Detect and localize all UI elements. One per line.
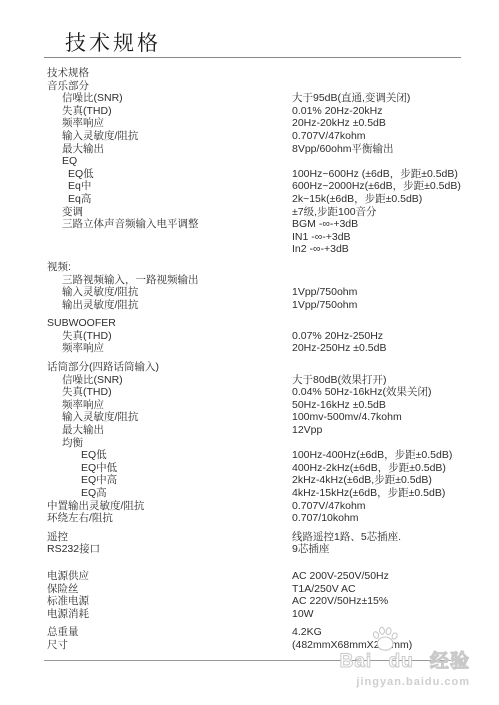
baidu-logo: Bai du 经验: [330, 646, 470, 673]
spec-value: 0.01% 20Hz-20kHz: [292, 105, 382, 118]
spec-label: 视频:: [47, 261, 71, 274]
spec-value: 0.707V/47kohm: [292, 130, 366, 143]
spec-label: Eq中: [47, 180, 91, 193]
spec-row: EQ低100Hz-400Hz(±6dB，步距±0.5dB): [47, 449, 482, 462]
spec-value: 8Vpp/60ohm平衡输出: [292, 143, 394, 156]
spec-row: 总重量4.2KG: [47, 626, 482, 639]
spec-label: 输入灵敏度/阻抗: [47, 286, 138, 299]
spec-row: 中置输出灵敏度/阻抗0.707V/47kohm: [47, 500, 482, 513]
spec-row: 频率响应20Hz-20kHz ±0.5dB: [47, 117, 482, 130]
spec-row: 三路立体声音频输入电平调整BGM -∞-+3dB: [47, 218, 482, 231]
spec-value: 400Hz-2kHz(±6dB，步距±0.5dB): [292, 462, 446, 475]
spec-row: EQ中低400Hz-2kHz(±6dB，步距±0.5dB): [47, 462, 482, 475]
spec-row: EQ高4kHz-15kHz(±6dB，步距±0.5dB): [47, 487, 482, 500]
spec-value: 2kHz-4kHz(±6dB,步距±0.5dB): [292, 474, 432, 487]
spec-row: SUBWOOFER: [47, 317, 482, 330]
spec-row: 输入灵敏度/阻抗0.707V/47kohm: [47, 130, 482, 143]
spec-row: 输入灵敏度/阻抗1Vpp/750ohm: [47, 286, 482, 299]
spec-row: 话筒部分(四路话筒输入): [47, 361, 482, 374]
spec-label: 失真(THD): [47, 105, 112, 118]
spec-row: 频率响应50Hz-16kHz ±0.5dB: [47, 399, 482, 412]
spec-label: 信噪比(SNR): [47, 374, 123, 387]
spec-label: 尺寸: [47, 639, 68, 652]
spec-label: 三路视频输入，一路视频输出: [47, 274, 199, 287]
spec-label: 电源消耗: [47, 608, 89, 621]
spec-label: EQ中低: [47, 462, 117, 475]
spec-value: 0.07% 20Hz-250Hz: [292, 330, 383, 343]
spec-value: 100Hz-400Hz(±6dB，步距±0.5dB): [292, 449, 452, 462]
baidu-logo-du: du: [388, 651, 413, 672]
spec-value: 0.707/10kohm: [292, 512, 359, 525]
spec-document-page: 技术规格 技术规格音乐部分信噪比(SNR)大于95dB(直通,变调关闭)失真(T…: [0, 0, 499, 705]
spec-value: 4.2KG: [292, 626, 322, 639]
spec-label: 技术规格: [47, 67, 89, 80]
spec-value: 大于95dB(直通,变调关闭): [292, 92, 410, 105]
spec-row: 失真(THD)0.07% 20Hz-250Hz: [47, 330, 482, 343]
spec-label: SUBWOOFER: [47, 317, 116, 330]
spec-label: 频率响应: [47, 342, 104, 355]
spec-value: 10W: [292, 608, 314, 621]
spec-row: 失真(THD)0.04% 50Hz-16kHz(效果关闭): [47, 386, 482, 399]
spec-row: EQ低100Hz~600Hz (±6dB，步距±0.5dB): [47, 168, 482, 181]
spec-label: 输入灵敏度/阻抗: [47, 130, 138, 143]
spec-label: 音乐部分: [47, 80, 89, 93]
spec-row: 信噪比(SNR)大于80dB(效果打开): [47, 374, 482, 387]
spec-label: 最大输出: [47, 143, 104, 156]
spec-label: 变调: [47, 206, 83, 219]
spec-value: 100mv-500mv/4.7kohm: [292, 411, 402, 424]
spec-row: 输入灵敏度/阻抗100mv-500mv/4.7kohm: [47, 411, 482, 424]
spec-row: Eq高2k~15k(±6dB，步距±0.5dB): [47, 193, 482, 206]
spec-row: RS232接口9芯插座: [47, 543, 482, 556]
spec-value: ±7级,步距100音分: [292, 206, 377, 219]
spec-label: 中置输出灵敏度/阻抗: [47, 500, 144, 513]
spec-row: 电源供应AC 200V-250V/50Hz: [47, 570, 482, 583]
spec-row: 标准电源AC 220V/50Hz±15%: [47, 595, 482, 608]
baidu-logo-bai: Bai: [340, 651, 373, 672]
spec-value: 100Hz~600Hz (±6dB，步距±0.5dB): [292, 168, 458, 181]
spec-label: 输入灵敏度/阻抗: [47, 411, 138, 424]
spec-row: 技术规格: [47, 67, 482, 80]
spec-row: 电源消耗10W: [47, 608, 482, 621]
spec-row: IN1 -∞-+3dB: [47, 231, 482, 244]
spec-value: 20Hz-20kHz ±0.5dB: [292, 117, 386, 130]
spec-row: In2 -∞-+3dB: [47, 243, 482, 256]
spec-row: 环绕左右/阻抗0.707/10kohm: [47, 512, 482, 525]
spec-value: 0.04% 50Hz-16kHz(效果关闭): [292, 386, 431, 399]
spec-value: 4kHz-15kHz(±6dB，步距±0.5dB): [292, 487, 445, 500]
spec-label: EQ高: [47, 487, 107, 500]
spec-label: 均衡: [47, 437, 83, 450]
spec-value: T1A/250V AC: [292, 583, 356, 596]
section-gap: [47, 556, 482, 570]
spec-label: EQ低: [47, 449, 107, 462]
spec-value: 12Vpp: [292, 424, 322, 437]
page-title: 技术规格: [65, 27, 161, 57]
spec-value: IN1 -∞-+3dB: [292, 231, 351, 244]
spec-label: Eq高: [47, 193, 91, 206]
spec-label: 失真(THD): [47, 386, 112, 399]
spec-row: 最大输出8Vpp/60ohm平衡输出: [47, 143, 482, 156]
spec-label: 失真(THD): [47, 330, 112, 343]
spec-value: 1Vpp/750ohm: [292, 286, 357, 299]
spec-label: 标准电源: [47, 595, 89, 608]
baidu-paw-icon: [370, 626, 400, 652]
spec-row: 音乐部分: [47, 80, 482, 93]
spec-row: 信噪比(SNR)大于95dB(直通,变调关闭): [47, 92, 482, 105]
spec-value: 大于80dB(效果打开): [292, 374, 387, 387]
baidu-watermark: Bai du 经验 jingyan.baidu.com: [330, 646, 470, 688]
spec-label: 频率响应: [47, 399, 104, 412]
baidu-logo-jingyan: 经验: [430, 651, 470, 672]
spec-row: EQ中高2kHz-4kHz(±6dB,步距±0.5dB): [47, 474, 482, 487]
spec-value: 1Vpp/750ohm: [292, 299, 357, 312]
spec-row: Eq中600Hz~2000Hz(±6dB，步距±0.5dB): [47, 180, 482, 193]
spec-value: AC 200V-250V/50Hz: [292, 570, 389, 583]
spec-list: 技术规格音乐部分信噪比(SNR)大于95dB(直通,变调关闭)失真(THD)0.…: [47, 67, 482, 652]
spec-value: 9芯插座: [292, 543, 329, 556]
header-divider: [44, 57, 461, 58]
spec-value: In2 -∞-+3dB: [292, 243, 349, 256]
spec-label: 三路立体声音频输入电平调整: [47, 218, 199, 231]
spec-label: 总重量: [47, 626, 79, 639]
spec-row: 最大输出12Vpp: [47, 424, 482, 437]
spec-row: 视频:: [47, 261, 482, 274]
spec-value: AC 220V/50Hz±15%: [292, 595, 388, 608]
spec-label: 最大输出: [47, 424, 104, 437]
spec-label: EQ: [47, 155, 77, 168]
spec-row: EQ: [47, 155, 482, 168]
spec-row: 三路视频输入，一路视频输出: [47, 274, 482, 287]
spec-value: 线路遥控1路、5芯插座.: [292, 531, 401, 544]
spec-row: 均衡: [47, 437, 482, 450]
spec-label: 频率响应: [47, 117, 104, 130]
spec-label: 信噪比(SNR): [47, 92, 123, 105]
spec-row: 保险丝T1A/250V AC: [47, 583, 482, 596]
spec-value: 600Hz~2000Hz(±6dB，步距±0.5dB): [292, 180, 461, 193]
spec-value: 2k~15k(±6dB，步距±0.5dB): [292, 193, 422, 206]
spec-label: 电源供应: [47, 570, 89, 583]
spec-label: 环绕左右/阻抗: [47, 512, 113, 525]
spec-value: BGM -∞-+3dB: [292, 218, 358, 231]
spec-label: 遥控: [47, 531, 68, 544]
spec-label: EQ低: [47, 168, 94, 181]
spec-label: 保险丝: [47, 583, 79, 596]
spec-label: EQ中高: [47, 474, 117, 487]
spec-row: 失真(THD)0.01% 20Hz-20kHz: [47, 105, 482, 118]
spec-row: 输出灵敏度/阻抗1Vpp/750ohm: [47, 299, 482, 312]
spec-row: 遥控线路遥控1路、5芯插座.: [47, 531, 482, 544]
spec-row: 变调±7级,步距100音分: [47, 206, 482, 219]
spec-row: 频率响应20Hz-250Hz ±0.5dB: [47, 342, 482, 355]
spec-value: 20Hz-250Hz ±0.5dB: [292, 342, 386, 355]
spec-label: RS232接口: [47, 543, 100, 556]
spec-value: 0.707V/47kohm: [292, 500, 366, 513]
watermark-url: jingyan.baidu.com: [330, 676, 470, 688]
spec-label: 输出灵敏度/阻抗: [47, 299, 138, 312]
spec-value: 50Hz-16kHz ±0.5dB: [292, 399, 386, 412]
spec-label: 话筒部分(四路话筒输入): [47, 361, 159, 374]
